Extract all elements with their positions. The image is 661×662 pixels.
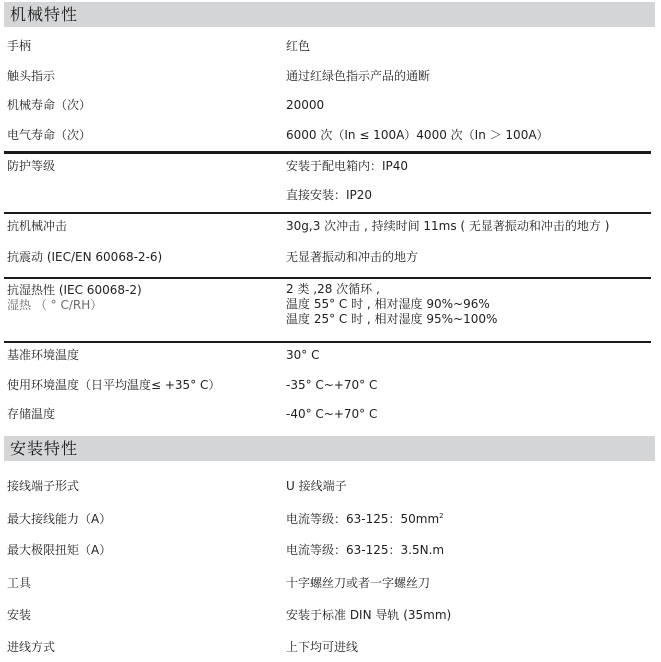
spec-label-incoming: 进线方式 bbox=[7, 639, 55, 655]
spec-label-storage-temp: 存储温度 bbox=[7, 406, 55, 422]
spec-label-shock: 抗机械冲击 bbox=[7, 218, 67, 234]
divider bbox=[4, 341, 651, 343]
section-header-installation: 安装特性 bbox=[4, 436, 655, 461]
spec-label-max-wiring: 最大接线能力（A） bbox=[7, 511, 111, 527]
spec-value-damp-heat-55: 温度 55° C 时 , 相对湿度 90%~96% bbox=[286, 297, 490, 312]
divider bbox=[4, 277, 651, 279]
spec-value-electrical-life: 6000 次（In ≤ 100A）4000 次（In ＞ 100A） bbox=[286, 127, 549, 143]
spec-value-handle: 红色 bbox=[286, 38, 310, 54]
spec-label-electrical-life: 电气寿命（次） bbox=[7, 127, 91, 143]
spec-value-mechanical-life: 20000 bbox=[286, 97, 324, 113]
spec-label-vibration: 抗震动 (IEC/EN 60068-2-6) bbox=[7, 249, 162, 265]
spec-value-mounting: 安装于标准 DIN 导轨 (35mm) bbox=[286, 607, 451, 623]
spec-value-storage-temp: -40° C~+70° C bbox=[286, 406, 377, 422]
spec-value-reference-temp: 30° C bbox=[286, 347, 319, 363]
spec-label-protection: 防护等级 bbox=[7, 158, 55, 174]
section-header-mechanical: 机械特性 bbox=[4, 2, 655, 27]
section-title: 机械特性 bbox=[10, 4, 78, 25]
superscript: 2 bbox=[439, 512, 443, 520]
spec-value-max-wiring: 电流等级：63-125：50mm2 bbox=[286, 511, 444, 527]
spec-value-vibration: 无显著振动和冲击的地方 bbox=[286, 249, 418, 265]
spec-label-terminal-type: 接线端子形式 bbox=[7, 478, 79, 494]
spec-value-protection-box: 安装于配电箱内：IP40 bbox=[286, 158, 408, 174]
section-title: 安装特性 bbox=[10, 438, 78, 459]
spec-label-mounting: 安装 bbox=[7, 607, 31, 623]
spec-value-contact-indicator: 通过红绿色指示产品的通断 bbox=[286, 68, 430, 84]
spec-value-terminal-type: U 接线端子 bbox=[286, 478, 347, 494]
divider bbox=[4, 212, 651, 214]
spec-value-operating-temp: -35° C~+70° C bbox=[286, 377, 377, 393]
spec-value-max-wiring-text: 电流等级：63-125：50mm bbox=[286, 512, 439, 526]
spec-label-handle: 手柄 bbox=[7, 38, 31, 54]
spec-value-damp-heat-25: 温度 25° C 时 , 相对湿度 95%~100% bbox=[286, 312, 497, 327]
spec-label-tool: 工具 bbox=[7, 575, 31, 591]
spec-label-contact-indicator: 触头指示 bbox=[7, 68, 55, 84]
spec-label-operating-temp: 使用环境温度（日平均温度≤ +35° C） bbox=[7, 377, 220, 393]
spec-label-reference-temp: 基准环境温度 bbox=[7, 347, 79, 363]
spec-sublabel-damp-heat: 湿热 （ ° C/RH） bbox=[7, 297, 102, 313]
divider bbox=[4, 151, 651, 154]
spec-label-max-torque: 最大极限扭矩（A） bbox=[7, 542, 111, 558]
spec-value-incoming: 上下均可进线 bbox=[286, 639, 358, 655]
spec-label-mechanical-life: 机械寿命（次） bbox=[7, 97, 91, 113]
spec-value-max-torque: 电流等级：63-125：3.5N.m bbox=[286, 542, 444, 558]
spec-value-shock: 30g,3 次冲击 , 持续时间 11ms ( 无显著振动和冲击的地方 ) bbox=[286, 218, 609, 234]
spec-label-damp-heat: 抗湿热性 (IEC 60068-2) bbox=[7, 282, 142, 298]
spec-value-damp-heat-class: 2 类 ,28 次循环 , bbox=[286, 282, 380, 297]
spec-value-tool: 十字螺丝刀或者一字螺丝刀 bbox=[286, 575, 430, 591]
spec-value-protection-direct: 直接安装：IP20 bbox=[286, 187, 372, 203]
